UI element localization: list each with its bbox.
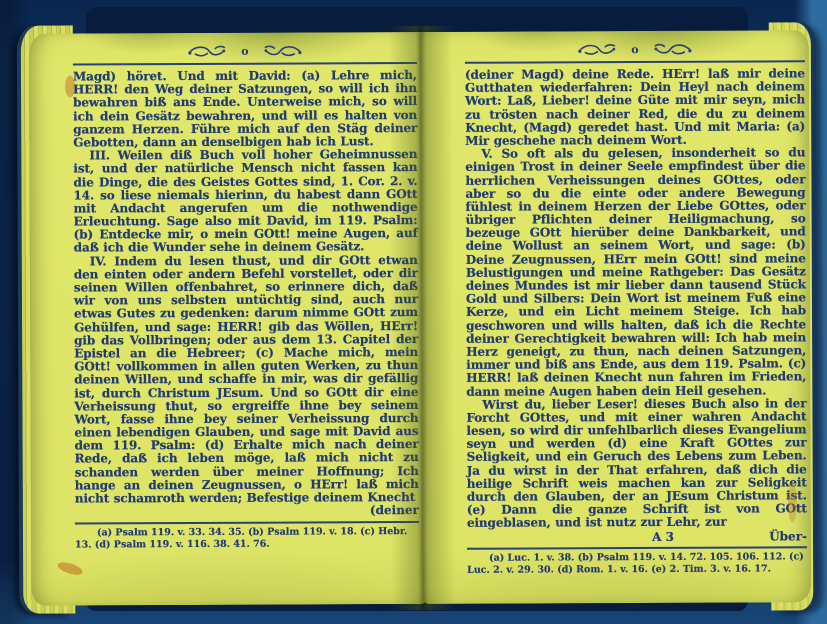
paragraph-continuation: (deiner Magd) deine Rede. HErr! laß mir … [465,67,805,148]
floral-flourish-icon [187,44,227,58]
photo-scene: o Magd) höret. Und mit David: (a) Lehre … [0,0,827,624]
paragraph-closing: Wirst du, lieber Leser! dieses Buch also… [466,397,807,530]
left-page-header-ornament: o [73,40,417,62]
catchword-line: (deiner [75,504,419,519]
header-rule [465,60,805,63]
page-wear-spot [788,482,797,522]
ornament-circle: o [241,45,248,56]
footnote-text: (a) Psalm 119. v. 33. 34. 35. (b) Psalm … [75,526,419,551]
footnote-text: (a) Luc. 1. v. 38. (b) Psalm 119. v. 14.… [467,551,807,576]
footnote-references: (a) Luc. 1. v. 38. (b) Psalm 119. v. 14.… [467,551,807,576]
paragraph-section-4: IV. Indem du lesen thust, und dir GOtt e… [74,254,419,506]
book-gutter-shadow [389,26,456,610]
signature-mark: A 3 [467,529,769,545]
catchword: Über- [769,529,807,544]
left-page-text-column: o Magd) höret. Und mit David: (a) Lehre … [73,40,419,551]
floral-flourish-icon [577,42,617,56]
signature-line: A 3 Über- [467,529,807,545]
footnote-rule [75,521,419,525]
paragraph-continuation: Magd) höret. Und mit David: (a) Lehre mi… [73,69,417,150]
open-book: o Magd) höret. Und mit David: (a) Lehre … [21,12,816,611]
paragraph-section-3: III. Weilen diß Buch voll hoher Geheimnu… [73,148,417,255]
paragraph-section-5: V. So oft als du gelesen, insonderheit s… [465,146,806,398]
floral-flourish-icon [652,42,692,56]
header-rule [73,62,417,66]
footnote-references: (a) Psalm 119. v. 33. 34. 35. (b) Psalm … [75,526,419,551]
right-page-header-ornament: o [465,38,805,59]
footnote-rule [467,546,807,549]
ornament-circle: o [631,44,638,55]
page-wear-spot [65,75,75,97]
floral-flourish-icon [262,44,302,58]
right-page-text-column: o (deiner Magd) deine Rede. HErr! laß mi… [465,38,807,576]
